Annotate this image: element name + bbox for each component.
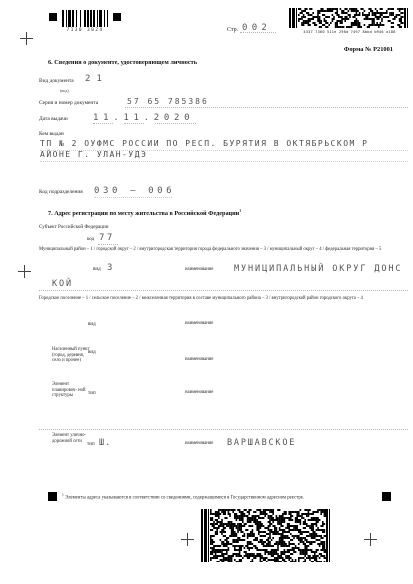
matrix-barcode-icon: [289, 8, 410, 28]
division-code-label: Код подразделения: [39, 189, 83, 195]
barcode-digits: 7130 3024: [61, 28, 109, 33]
issued-by-label: Кем выдан: [39, 131, 64, 137]
series-number-label: Серия и номер документа: [39, 100, 98, 106]
planning-name-label: наименование: [185, 390, 213, 396]
settlement-vid-label: вид: [88, 321, 96, 327]
planning-type-label: тип: [88, 390, 96, 396]
barcode-hex-digits: 4337 7360 511e 298d 7497 8bbd b946 a188: [289, 30, 410, 34]
street-type-label: тип: [87, 441, 95, 447]
settlement-note: Городское поселение – 1 / сельское посел…: [39, 296, 411, 302]
top-left-barcode-block: 7130 3024: [49, 10, 121, 34]
subject-label: Субъект Российской Федерации: [39, 224, 108, 230]
registration-square-icon: [382, 492, 391, 501]
registration-square-icon: [49, 13, 57, 21]
section7-title-text: 7. Адрес регистрации по месту жительства…: [48, 210, 239, 217]
registration-square-icon: [48, 492, 57, 501]
series-underline: [125, 99, 408, 108]
issue-date-label: Дата выдачи: [39, 116, 68, 122]
footnote-text: Элементы адреса указываются в соответств…: [65, 495, 304, 500]
section7-title: 7. Адрес регистрации по месту жительства…: [48, 209, 241, 217]
street-type-value: Ш.: [99, 438, 111, 448]
locality-vid-label: вид: [88, 349, 96, 355]
crop-mark-top-left: [20, 32, 33, 45]
form-number: Форма № Р21001: [290, 46, 393, 53]
section6-title: 6. Сведения о документе, удостоверяющем …: [48, 59, 197, 66]
date-year-underline: [155, 115, 196, 124]
document-page: 7130 3024 Стр. 002 4337 7360 511e 298d 7…: [0, 0, 413, 584]
doc-type-label: Вид документа: [39, 78, 74, 84]
locality-label: Населенный пункт (город, деревня, село и…: [52, 347, 90, 364]
linear-barcode-icon: [62, 10, 108, 27]
street-name-value: ВАРШАВСКОЕ: [227, 438, 296, 448]
street-row-topline: [39, 421, 408, 430]
issued-by-underline-2: [40, 153, 408, 162]
registration-square-icon: [113, 13, 121, 21]
division-code-underline: [94, 189, 172, 198]
section7-title-footnote-ref: 1: [239, 209, 241, 213]
date-day-underline: [93, 115, 113, 124]
crop-mark-bottom-left: [181, 533, 194, 546]
crop-mark-left: [18, 265, 31, 278]
page-number-underline: [240, 24, 276, 33]
locality-name-label: наименование: [185, 357, 213, 363]
doc-type-value: 21: [85, 74, 108, 84]
street-name-label: наименование: [185, 441, 213, 447]
street-element-label: Элемент улично- дорожной сети: [52, 433, 90, 444]
pdf417-barcode-icon: [201, 509, 332, 562]
municipal-row-underline: [39, 282, 408, 291]
municipal-note: Муниципальный район – 1 / городской окру…: [39, 247, 411, 253]
issued-by-underline-1: [40, 142, 408, 151]
footnote: 1 Элементы адреса указываются в соответс…: [62, 493, 352, 501]
subject-code-label: код: [87, 236, 94, 242]
footnote-ref: 1: [62, 493, 64, 497]
date-month-underline: [124, 115, 144, 124]
subject-code-underline: [98, 236, 118, 245]
doc-type-code-hint: (код): [60, 88, 69, 94]
settlement-name-label: наименование: [185, 321, 213, 327]
page-label: Стр.: [227, 27, 238, 33]
crop-mark-bottom-right: [364, 533, 377, 546]
